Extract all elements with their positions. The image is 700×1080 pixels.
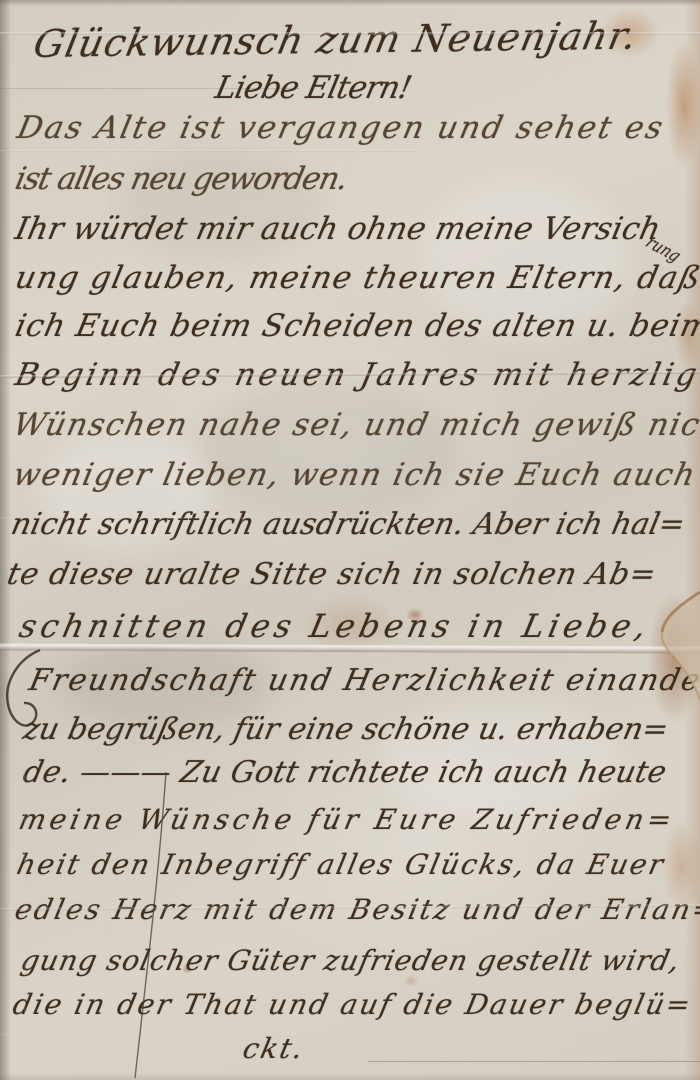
letter-line: de. ——— Zu Gott richtete ich auch heute (20, 755, 670, 790)
letter-line: heit den Inbegriff alles Glücks, da Euer (14, 848, 668, 881)
letter-line: weniger lieben, wenn ich sie Euch auch (10, 457, 700, 493)
letter-line: die in der That und auf die Dauer beglü= (10, 988, 696, 1021)
paper-shading (200, 380, 460, 520)
letter-line: ckt. (240, 1032, 308, 1065)
letter-line: Freundschaft und Herzlichkeit einander (26, 663, 700, 698)
letter-line: Das Alte ist vergangen und sehet es (14, 110, 668, 146)
letter-line: Wünschen nahe sei, und mich gewiß nicht (10, 407, 700, 443)
letter-line: ung glauben, meine theuren Eltern, daß (12, 260, 700, 296)
stain-tear-area (648, 592, 700, 724)
letter-line: Ihr würdet mir auch ohne meine Versich (12, 211, 664, 247)
letter-heading: Glückwunsch zum Neuenjahr. (30, 14, 641, 66)
crease-line-horizontal (0, 1034, 700, 1036)
letter-line: gung solcher Güter zufrieden gestellt wi… (18, 944, 683, 977)
crease-line-horizontal (0, 150, 420, 152)
torn-edge (648, 588, 700, 720)
scanned-letter-page: Glückwunsch zum Neuenjahr. Liebe Eltern!… (0, 0, 700, 1080)
crease-line-horizontal (0, 700, 700, 702)
letter-line: zu begrüßen, für eine schöne u. erhaben= (20, 712, 672, 747)
letter-line: Beginn des neuen Jahres mit herzlig (12, 357, 700, 393)
letter-line: schnitten des Lebens in Liebe, (16, 607, 654, 645)
letter-line: nicht schriftlich ausdrückten. Aber ich … (8, 507, 688, 542)
ruled-line (368, 1061, 700, 1062)
letter-line: ist alles neu geworden. (12, 161, 350, 197)
letter-line: edles Herz mit dem Besitz und der Erlan= (12, 893, 700, 926)
letter-line: te diese uralte Sitte sich in solchen Ab… (4, 557, 660, 592)
letter-line: meine Wünsche für Eure Zufrieden= (16, 803, 679, 836)
stain-right-edge-upper (666, 40, 700, 170)
letter-line: ich Euch beim Scheiden des alten u. beim (12, 308, 700, 344)
letter-salutation: Liebe Eltern! (212, 70, 414, 106)
